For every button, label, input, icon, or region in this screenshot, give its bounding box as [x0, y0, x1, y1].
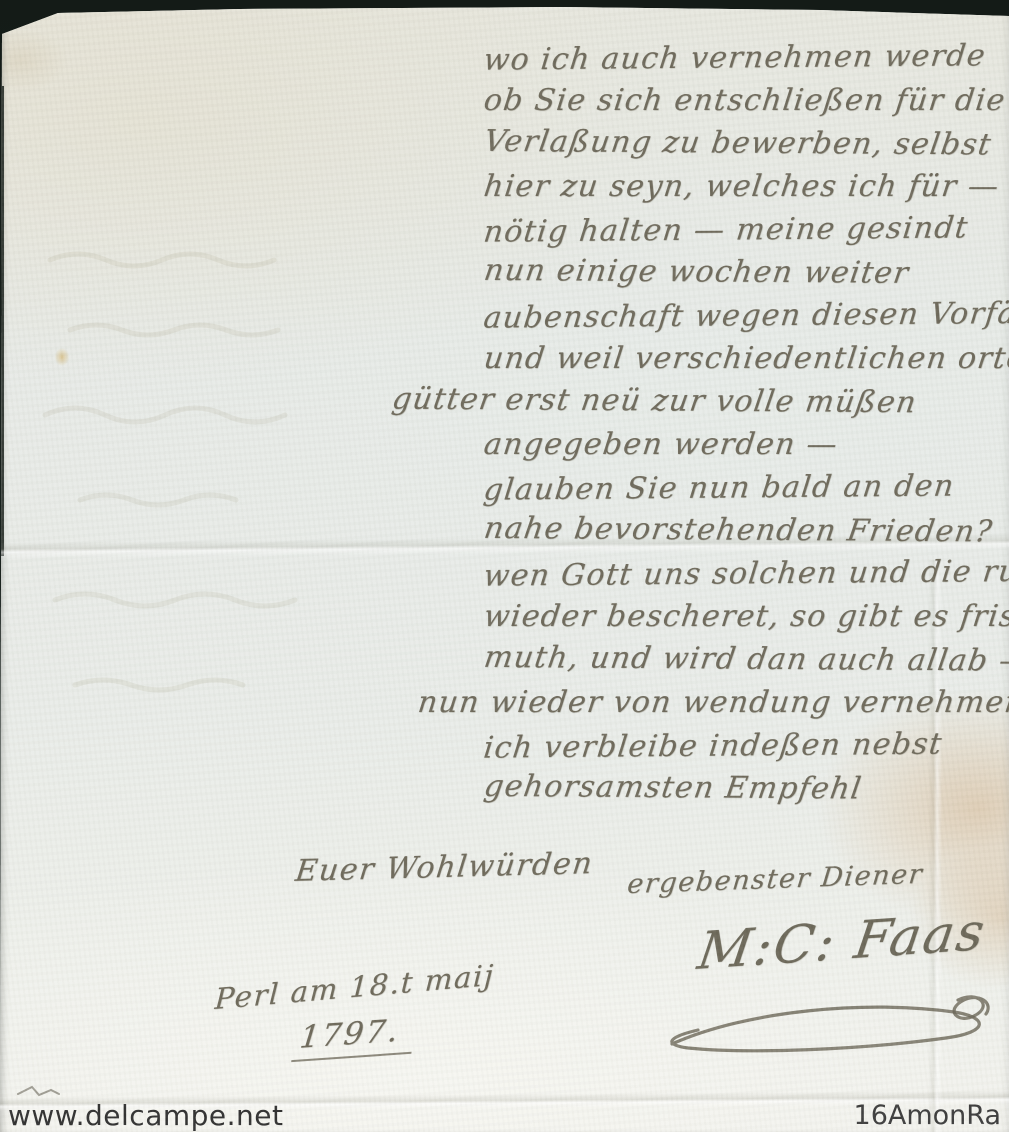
- signature-flourish: [658, 992, 1008, 1062]
- valediction-addressee: Euer Wohlwürden: [294, 846, 596, 889]
- letter-line: wieder bescheret, so gibt es frischen: [481, 595, 1009, 638]
- letter-page: wo ich auch vernehmen werde ob Sie sich …: [0, 0, 1009, 1132]
- letter-line: nötig halten — meine gesindt: [481, 205, 1009, 253]
- letter-line: und weil verschiedentlichen orten: [481, 337, 1009, 380]
- letter-line: nun einige wochen weiter: [481, 249, 1009, 296]
- letter-body: wo ich auch vernehmen werde ob Sie sich …: [484, 36, 1009, 810]
- letter-line: ich verbleibe indeßen nebst: [481, 721, 1009, 769]
- delcampe-watermark: www.delcampe.net: [8, 1099, 284, 1132]
- letter-line: hier zu seyn, welches ich für —: [481, 165, 1009, 208]
- letter-line: ob Sie sich entschließen für die: [481, 79, 1009, 122]
- dateline-year: 1797.: [291, 1012, 415, 1062]
- letter-line: glauben Sie nun bald an den: [481, 463, 1009, 511]
- letter-line: muth, und wird dan auch allab —: [481, 636, 1009, 683]
- valediction-phrase: ergebenster Diener: [626, 859, 925, 900]
- paper-edge-shadow: [0, 86, 4, 556]
- letter-line: gütter erst neü zur volle müßen: [389, 378, 1009, 426]
- seller-watermark: 16AmonRa: [854, 1100, 1001, 1131]
- letter-line: wo ich auch vernehmen werde: [481, 33, 1009, 81]
- letter-line: Verlaßung zu bewerben, selbst: [481, 120, 1009, 167]
- signature: M:C: Faas: [694, 902, 990, 982]
- letter-line: nun wieder von wendung vernehmen —: [415, 681, 1009, 724]
- letter-line: gehorsamsten Empfehl: [481, 765, 1009, 812]
- ink-show-through-marks: [20, 180, 420, 740]
- letter-line: aubenschaft wegen diesen Vorfäll: [481, 291, 1009, 339]
- photo-background: wo ich auch vernehmen werde ob Sie sich …: [0, 0, 1009, 1132]
- letter-line: nahe bevorstehenden Frieden?: [481, 507, 1009, 554]
- dateline: Perl am 18.t maij: [214, 958, 495, 1016]
- letter-line: angegeben werden —: [481, 423, 1009, 466]
- letter-line: wen Gott uns solchen und die ruhe: [481, 549, 1009, 597]
